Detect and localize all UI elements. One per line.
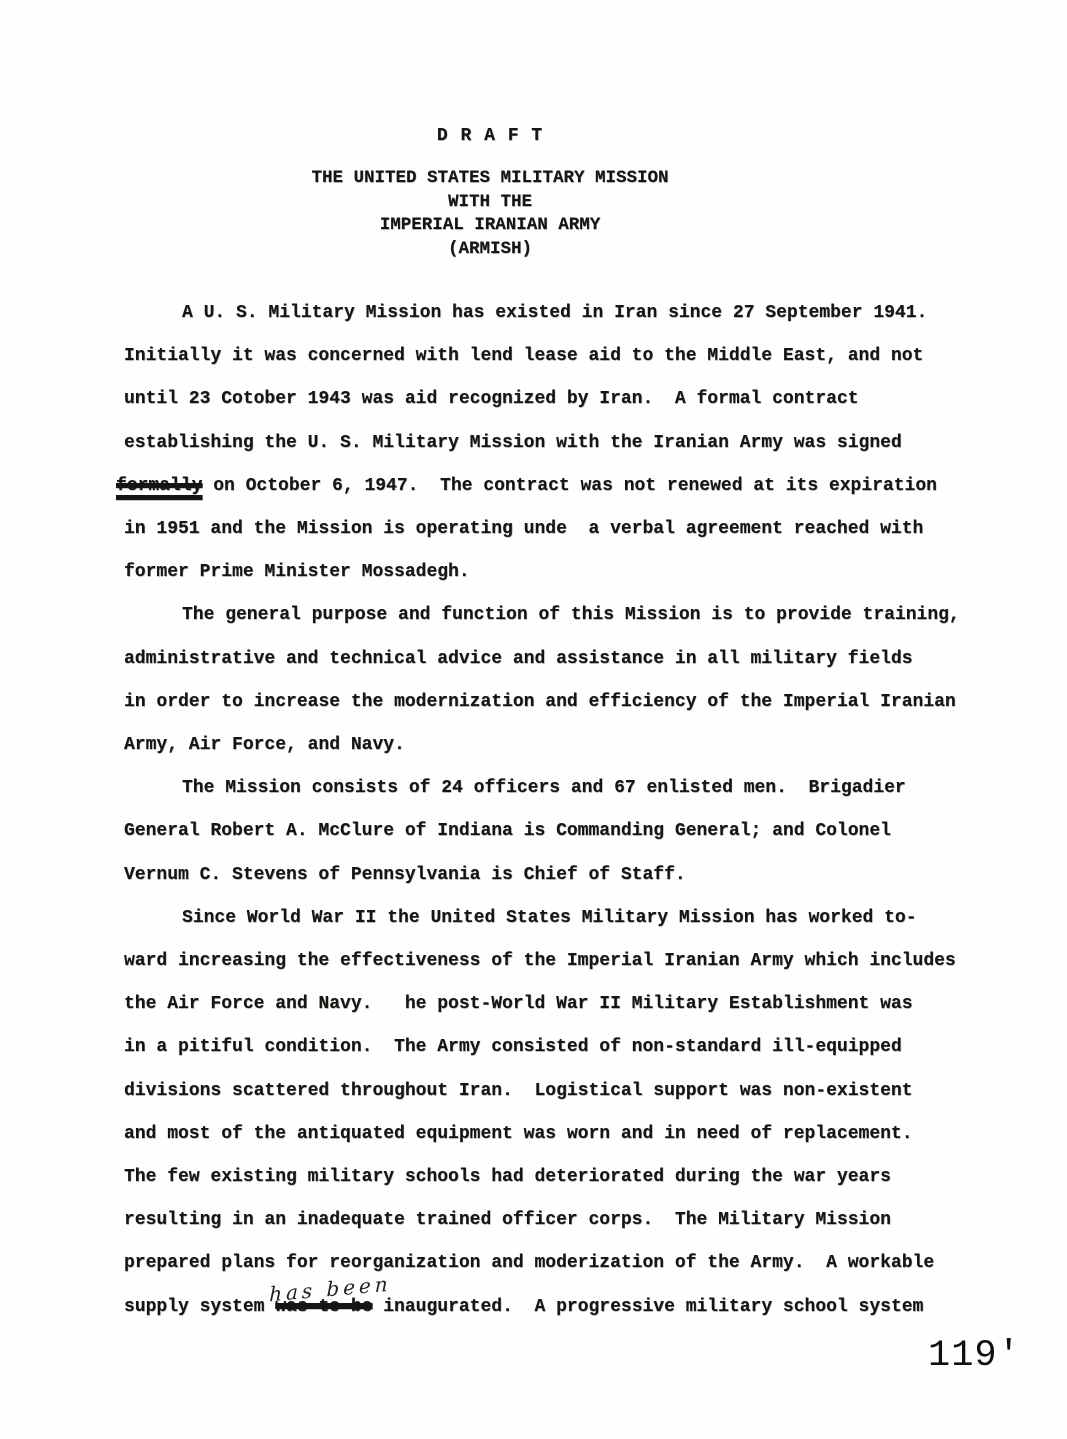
document-line: and most of the antiquated equipment was… [124, 1113, 964, 1156]
struck-out-word: formally [116, 476, 202, 496]
document-line: Army, Air Force, and Navy. [124, 724, 964, 767]
document-line: The few existing military schools had de… [124, 1156, 964, 1199]
document-page: D R A F T THE UNITED STATES MILITARY MIS… [0, 0, 1067, 1439]
title-block: D R A F T THE UNITED STATES MILITARY MIS… [0, 126, 980, 261]
document-line: in 1951 and the Mission is operating und… [124, 508, 964, 551]
document-line: the Air Force and Navy. he post-World Wa… [124, 983, 964, 1026]
document-line: establishing the U. S. Military Mission … [124, 422, 964, 465]
document-line: ward increasing the effectiveness of the… [124, 940, 964, 983]
document-line: former Prime Minister Mossadegh. [124, 551, 964, 594]
document-line: Vernum C. Stevens of Pennsylvania is Chi… [124, 854, 964, 897]
document-line: Initially it was concerned with lend lea… [124, 335, 964, 378]
document-line: resulting in an inadequate trained offic… [124, 1199, 964, 1242]
edit-region: has beenwas to be [275, 1297, 372, 1317]
document-title-line-4: (ARMISH) [0, 238, 980, 262]
document-line: Since World War II the United States Mil… [124, 897, 964, 940]
page-number: 119' [928, 1335, 1021, 1377]
document-body: A U. S. Military Mission has existed in … [124, 292, 964, 1329]
document-line-with-strikeout: formally on October 6, 1947. The contrac… [124, 465, 964, 508]
document-line: The Mission consists of 24 officers and … [124, 767, 964, 810]
document-line: divisions scattered throughout Iran. Log… [124, 1070, 964, 1113]
draft-label: D R A F T [0, 126, 980, 146]
line-text: inaugurated. A progressive military scho… [372, 1297, 923, 1317]
document-line: until 23 Cotober 1943 was aid recognized… [124, 378, 964, 421]
paragraph-4: Since World War II the United States Mil… [124, 897, 964, 1329]
paragraph-1: A U. S. Military Mission has existed in … [124, 292, 964, 594]
document-line: prepared plans for reorganization and mo… [124, 1242, 964, 1285]
document-line: General Robert A. McClure of Indiana is … [124, 810, 964, 853]
paragraph-2: The general purpose and function of this… [124, 594, 964, 767]
line-text: supply system [124, 1297, 275, 1317]
document-title-line-2: WITH THE [0, 191, 980, 215]
document-title-line-3: IMPERIAL IRANIAN ARMY [0, 214, 980, 238]
document-title-line-1: THE UNITED STATES MILITARY MISSION [0, 167, 980, 191]
document-line: in order to increase the modernization a… [124, 681, 964, 724]
paragraph-3: The Mission consists of 24 officers and … [124, 767, 964, 897]
document-line: administrative and technical advice and … [124, 638, 964, 681]
document-line: A U. S. Military Mission has existed in … [124, 292, 964, 335]
document-line: in a pitiful condition. The Army consist… [124, 1026, 964, 1069]
document-line-with-edit: supply system has beenwas to be inaugura… [124, 1286, 964, 1329]
document-line: The general purpose and function of this… [124, 594, 964, 637]
line-text: on October 6, 1947. The contract was not… [202, 476, 937, 496]
